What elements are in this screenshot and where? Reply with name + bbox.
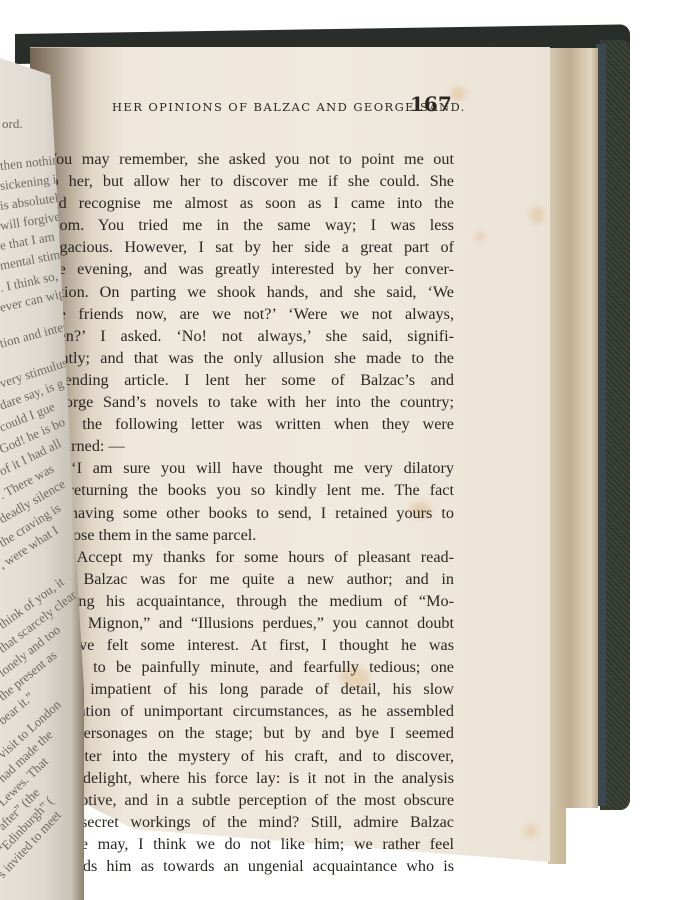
foxing-stain — [450, 87, 466, 101]
page-body-text: You may remember, she asked you not to p… — [46, 148, 454, 877]
text-line: enclose them in the same parcel. — [46, 524, 454, 546]
foxing-stain — [475, 232, 485, 242]
left-page-text-fragment: ord. — [2, 116, 23, 132]
text-line: offending article. I lent her some of Ba… — [46, 369, 454, 391]
text-line: as we may, I think we do not like him; w… — [46, 833, 454, 855]
text-line: going to be painfully minute, and fearfu… — [46, 656, 454, 678]
text-line: towards him as towards an ungenial acqua… — [46, 855, 454, 877]
text-line: is, having some other books to send, I r… — [46, 502, 454, 524]
text-line: did recognise me almost as soon as I cam… — [46, 192, 454, 214]
text-line: making his acquaintance, through the med… — [46, 590, 454, 612]
text-line: “‘I am sure you will have thought me ver… — [46, 457, 454, 479]
text-line: his personages on the stage; but by and … — [46, 722, 454, 744]
text-line: to her, but allow her to discover me if … — [46, 170, 454, 192]
text-line: are friends now, are we not?’ ‘Were we n… — [46, 303, 454, 325]
text-line: ing. Balzac was for me quite a new autho… — [46, 568, 454, 590]
text-line: revelation of unimportant circumstances,… — [46, 700, 454, 722]
foxing-stain — [530, 207, 544, 223]
page-number: 167 — [410, 92, 452, 116]
text-line: You may remember, she asked you not to p… — [46, 148, 454, 170]
text-line: returned: — — [46, 435, 454, 457]
book-photo: HER OPINIONS OF BALZAC AND GEORGE SAND. … — [0, 0, 677, 900]
text-line: then?’ I asked. ‘No! not always,’ she sa… — [46, 325, 454, 347]
page-block-lower-edges — [548, 808, 566, 864]
text-line: cantly; and that was the only allusion s… — [46, 347, 454, 369]
text-line: grew impatient of his long parade of det… — [46, 678, 454, 700]
text-line: and secret workings of the mind? Still, … — [46, 811, 454, 833]
text-line: and the following letter was written whe… — [46, 413, 454, 435]
text-line: deste Mignon,” and “Illusions perdues,” … — [46, 612, 454, 634]
text-line: I have felt some interest. At first, I t… — [46, 634, 454, 656]
text-line: of motive, and in a subtle perception of… — [46, 789, 454, 811]
text-line: “‘Accept my thanks for some hours of ple… — [46, 546, 454, 568]
text-line: George Sand’s novels to take with her in… — [46, 391, 454, 413]
text-line: room. You tried me in the same way; I wa… — [46, 214, 454, 236]
text-line: to enter into the mystery of his craft, … — [46, 745, 454, 767]
page-block-edges — [548, 48, 598, 808]
text-line: with delight, where his force lay: is it… — [46, 767, 454, 789]
foxing-stain — [525, 825, 537, 837]
text-line: sation. On parting we shook hands, and s… — [46, 281, 454, 303]
text-line: in returning the books you so kindly len… — [46, 479, 454, 501]
text-line: sagacious. However, I sat by her side a … — [46, 236, 454, 258]
text-line: the evening, and was greatly interested … — [46, 258, 454, 280]
